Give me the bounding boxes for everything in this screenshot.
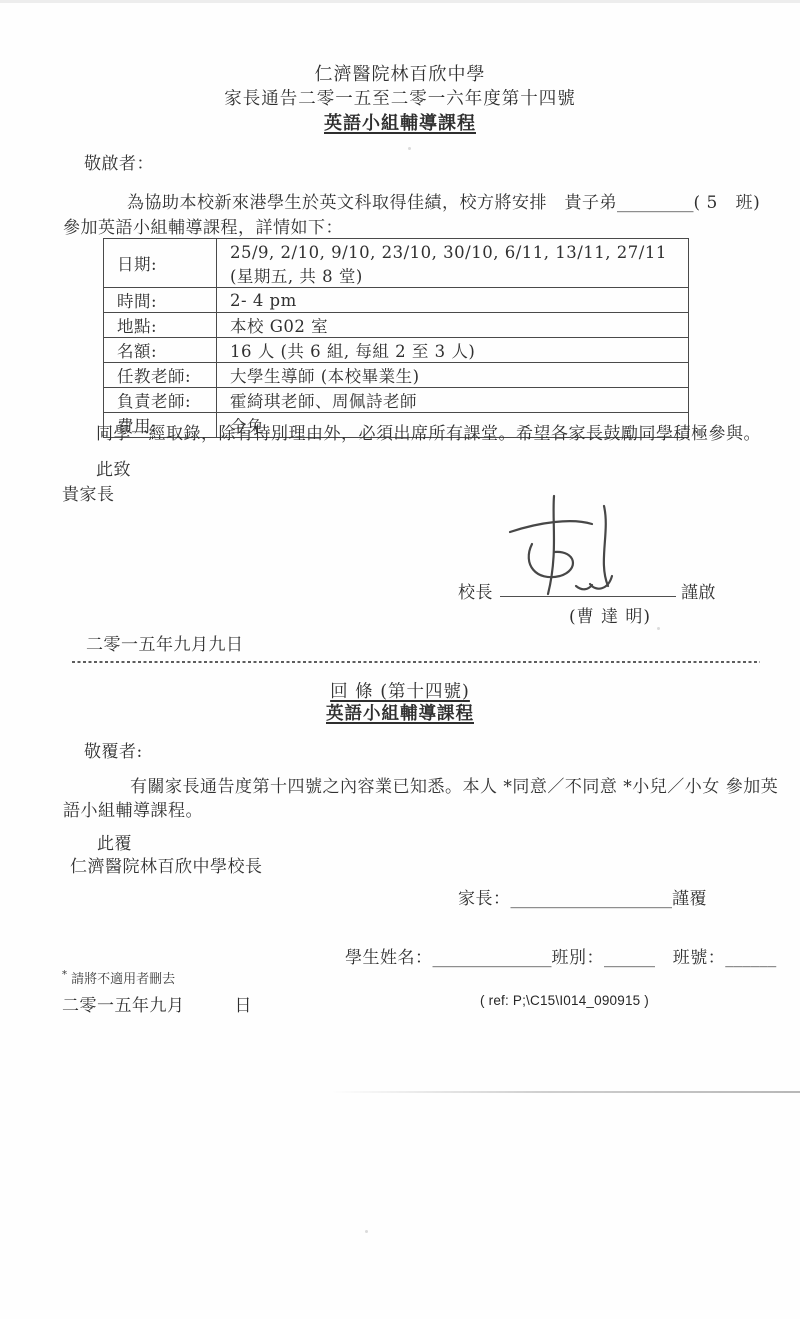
footnote-text: 請將不適用者刪去 (67, 972, 175, 987)
intro-paragraph-line2: 參加英語小組輔導課程，詳情如下： (63, 213, 343, 238)
principal-name: (曹 達 明) (520, 602, 700, 627)
student-name-blank: ______________ (433, 948, 552, 968)
parent-signature-blank: ___________________ (511, 889, 673, 909)
table-row: 負責老師: 霍綺琪老師、周佩詩老師 (104, 388, 689, 413)
file-reference: ( ref: P;\C15\I014_090915 ) (480, 993, 649, 1008)
table-row: 地點: 本校 G02 室 (104, 313, 689, 338)
table-row: 日期: 25/9, 2/10, 9/10, 23/10, 30/10, 6/11… (104, 239, 689, 288)
principal-signature-line (500, 596, 676, 597)
parent-respectfully-label: 謹覆 (672, 889, 707, 909)
reply-date-prefix: 二零一五年九月 (62, 996, 185, 1016)
scan-edge-artifact-top (0, 0, 800, 3)
row-label: 地點: (104, 313, 217, 338)
class-number-label: 班號： (673, 948, 726, 968)
parent-label: 家長： (458, 889, 511, 909)
row-value: 大學生導師 (本校畢業生) (217, 363, 689, 388)
school-name: 仁濟醫院林百欣中學 (0, 60, 800, 86)
scan-speck (408, 147, 411, 150)
closing-cizhi: 此致 (96, 455, 131, 480)
row-value: 2- 4 pm (217, 288, 689, 313)
footnote: * 請將不適用者刪去 (62, 968, 175, 987)
student-name-blank: _________ (617, 193, 694, 213)
row-value: 霍綺琪老師、周佩詩老師 (217, 388, 689, 413)
intro-paragraph-line1: 為協助本校新來港學生於英文科取得佳績，校方將安排 貴子弟_________( 5… (127, 188, 760, 213)
row-value: 16 人 (共 6 組, 每組 2 至 3 人) (217, 338, 689, 363)
principal-label: 校長 (458, 578, 493, 603)
row-label: 任教老師: (104, 363, 217, 388)
reply-date-day: 日 (235, 996, 253, 1016)
reply-date-line: 二零一五年九月日 (62, 991, 252, 1016)
principal-signature-scribble (492, 492, 682, 604)
student-name-label: 學生姓名： (345, 948, 433, 968)
notice-title: 英語小組輔導課程 (0, 109, 800, 135)
course-details-table: 日期: 25/9, 2/10, 9/10, 23/10, 30/10, 6/11… (103, 238, 689, 438)
reply-salutation: 敬覆者: (84, 737, 143, 762)
reply-body-line1: 有關家長通告度第十四號之內容業已知悉。本人 *同意／不同意 *小兒／小女 參加英 (130, 772, 778, 797)
class-blank: ______ (604, 948, 655, 968)
row-label: 負責老師: (104, 388, 217, 413)
table-row: 名額: 16 人 (共 6 組, 每組 2 至 3 人) (104, 338, 689, 363)
salutation: 敬啟者： (84, 149, 154, 174)
row-value: 本校 G02 室 (217, 313, 689, 338)
attendance-note: 同學一經取錄，除有特別理由外，必須出席所有課堂。希望各家長鼓勵同學積極參與。 (96, 419, 761, 444)
class-label: 班別： (552, 948, 605, 968)
intro-text: 為協助本校新來港學生於英文科取得佳績，校方將安排 貴子弟 (127, 193, 617, 213)
student-info-line: 學生姓名：______________班別：______ 班號：______ (345, 943, 776, 968)
reply-slip-title: 英語小組輔導課程 (0, 700, 800, 725)
row-label: 時間: (104, 288, 217, 313)
notice-number: 家長通告二零一五至二零一六年度第十四號 (0, 85, 800, 110)
class-number-blank: ______ (725, 948, 776, 968)
scanned-notice-page: 仁濟醫院林百欣中學 家長通告二零一五至二零一六年度第十四號 英語小組輔導課程 敬… (0, 0, 800, 1319)
row-label: 日期: (104, 239, 217, 288)
scan-edge-artifact-bottom (330, 1091, 800, 1093)
spacer (655, 948, 673, 968)
respectfully-submitted-label: 謹啟 (681, 578, 716, 603)
parent-signature-line: 家長：___________________謹覆 (458, 884, 707, 909)
row-label: 名額: (104, 338, 217, 363)
scan-speck (365, 1230, 368, 1233)
tear-line (72, 661, 760, 663)
table-row: 時間: 2- 4 pm (104, 288, 689, 313)
table-row: 任教老師: 大學生導師 (本校畢業生) (104, 363, 689, 388)
closing-parents: 貴家長 (62, 480, 115, 505)
scan-speck (657, 627, 660, 630)
reply-body-line2: 語小組輔導課程。 (63, 796, 203, 821)
row-value: 25/9, 2/10, 9/10, 23/10, 30/10, 6/11, 13… (217, 239, 689, 288)
reply-addressee: 仁濟醫院林百欣中學校長 (70, 852, 263, 877)
class-of-student: ( 5 班) (694, 193, 761, 213)
reply-closing: 此覆 (97, 829, 132, 854)
notice-date: 二零一五年九月九日 (86, 630, 244, 655)
